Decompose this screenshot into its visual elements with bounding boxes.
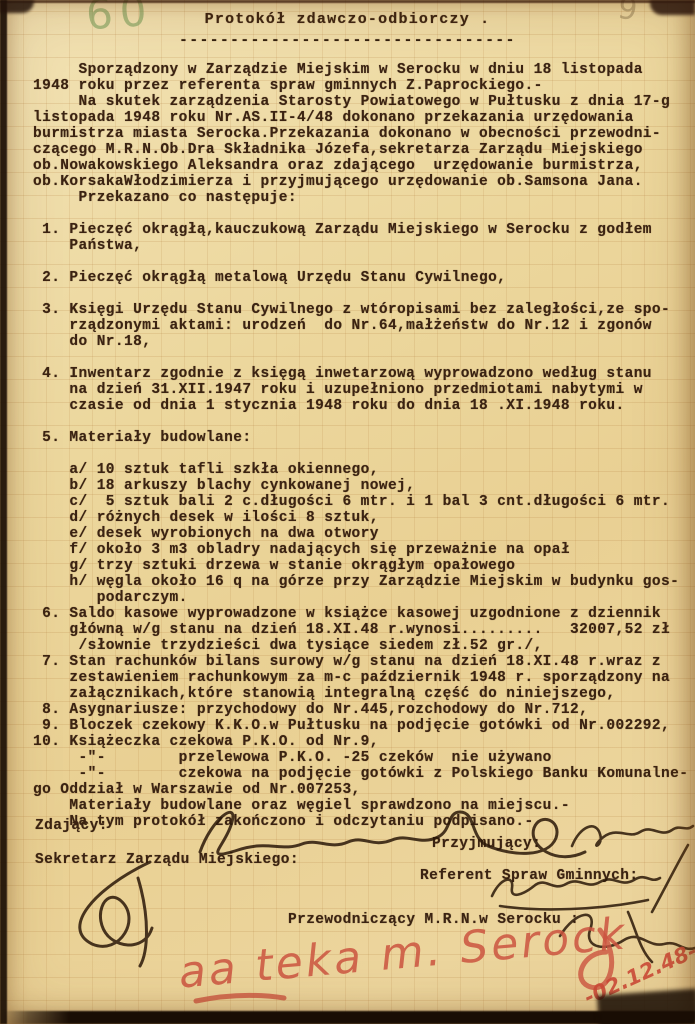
typed-line: c/ 5 sztuk bali 2 c.długości 6 mtr. i 1 … <box>33 494 688 510</box>
typed-line <box>33 254 688 270</box>
title-underline: --------------------------------- <box>0 33 695 49</box>
typed-line: Sporządzony w Zarządzie Miejskim w Seroc… <box>33 62 688 78</box>
typed-line <box>33 206 688 222</box>
typed-line: rządzonymi aktami: urodzeń do Nr.64,małż… <box>33 318 688 334</box>
typed-line <box>33 350 688 366</box>
signature-sekretarz <box>80 862 152 966</box>
typed-line: Materiały budowlane oraz węgiel sprawdzo… <box>33 798 688 814</box>
typed-line: Państwa, <box>33 238 688 254</box>
typed-line: zestawieniem rachunkowym za m-c paździer… <box>33 670 688 686</box>
typed-line: a/ 10 sztuk tafli szkła okiennego, <box>33 462 688 478</box>
typed-line: 7. Stan rachunków bilans surowy w/g stan… <box>33 654 688 670</box>
scan-edge-bottom <box>0 1011 695 1024</box>
document-title: Protokół zdawczo-odbiorczy . <box>0 12 695 28</box>
typed-line: 4. Inwentarz zgodnie z księgą inwetarzow… <box>33 366 688 382</box>
typed-line: główną w/g stanu na dzień 18.XI.48 r.wyn… <box>33 622 688 638</box>
typed-line: 1. Pieczęć okrągłą,kauczukową Zarządu Mi… <box>33 222 688 238</box>
typed-line: -"- czekowa na podjęcie gotówki z Polski… <box>33 766 688 782</box>
typed-line: czącego M.R.N.Ob.Dra Składnika Józefa,se… <box>33 142 688 158</box>
typed-line: 8. Asygnariusze: przychodowy do Nr.445,r… <box>33 702 688 718</box>
label-sekretarz: Sekretarz Zarządu Miejskiego: <box>35 852 299 868</box>
typed-line: h/ węgla około 16 q na górze przy Zarząd… <box>33 574 688 590</box>
typed-line: ob.Nowakowskiego Aleksandra oraz zdające… <box>33 158 688 174</box>
typed-line: ob.KorsakaWłodzimierza i przyjmującego u… <box>33 174 688 190</box>
typed-line <box>33 414 688 430</box>
typed-line: f/ około 3 m3 obladry nadających się prz… <box>33 542 688 558</box>
typed-line: 2. Pieczęć okrągłą metalową Urzędu Stanu… <box>33 270 688 286</box>
typed-line: 9. Bloczek czekowy K.K.O.w Pułtusku na p… <box>33 718 688 734</box>
label-referent: Referent Spraw Gminnych: <box>420 868 638 884</box>
typed-line: 10. Książeczka czekowa P.K.O. od Nr.9, <box>33 734 688 750</box>
typed-line: Na tym protokół zakończono i odczytaniu … <box>33 814 688 830</box>
document-scan: 60 9 Protokół zdawczo-odbiorczy . ------… <box>0 0 695 1024</box>
label-zdajacy: Zdający: <box>35 818 108 834</box>
typed-line: 6. Saldo kasowe wyprowadzone w książce k… <box>33 606 688 622</box>
typed-line: podarczym. <box>33 590 688 606</box>
typed-line: -"- przelewowa P.K.O. -25 czeków nie uży… <box>33 750 688 766</box>
typed-line: Przekazano co następuje: <box>33 190 688 206</box>
typed-line: 3. Księgi Urzędu Stanu Cywilnego z wtóro… <box>33 302 688 318</box>
typed-line: g/ trzy sztuki drzewa w stanie okrągłym … <box>33 558 688 574</box>
typed-line: czasie od dnia 1 stycznia 1948 roku do d… <box>33 398 688 414</box>
typed-line: d/ różnych desek w ilości 8 sztuk, <box>33 510 688 526</box>
typed-line: listopada 1948 roku Nr.AS.II-4/48 dokona… <box>33 110 688 126</box>
label-przyjmujacy: Przyjmujący: <box>432 836 541 852</box>
typed-line: załącznikach,które stanowią integralną c… <box>33 686 688 702</box>
typed-line: e/ desek wyrobionych na dwa otwory <box>33 526 688 542</box>
scan-edge-left <box>0 0 7 1024</box>
document-body: Sporządzony w Zarządzie Miejskim w Seroc… <box>33 62 688 830</box>
typed-line: burmistrza miasta Serocka.Przekazania do… <box>33 126 688 142</box>
typed-line <box>33 446 688 462</box>
red-underline <box>196 995 284 1001</box>
typed-line: na dzień 31.XII.1947 roku i uzupełniono … <box>33 382 688 398</box>
typed-line: /słownie trzydzieści dwa tysiące siedem … <box>33 638 688 654</box>
typed-line: 1948 roku przez referenta spraw gminnych… <box>33 78 688 94</box>
typed-line: Na skutek zarządzenia Starosty Powiatowe… <box>33 94 688 110</box>
typed-line: b/ 18 arkuszy blachy cynkowanej nowej, <box>33 478 688 494</box>
typed-line: 5. Materiały budowlane: <box>33 430 688 446</box>
typed-line: do Nr.18, <box>33 334 688 350</box>
typed-line <box>33 286 688 302</box>
typed-line: go Oddział w Warszawie od Nr.007253, <box>33 782 688 798</box>
